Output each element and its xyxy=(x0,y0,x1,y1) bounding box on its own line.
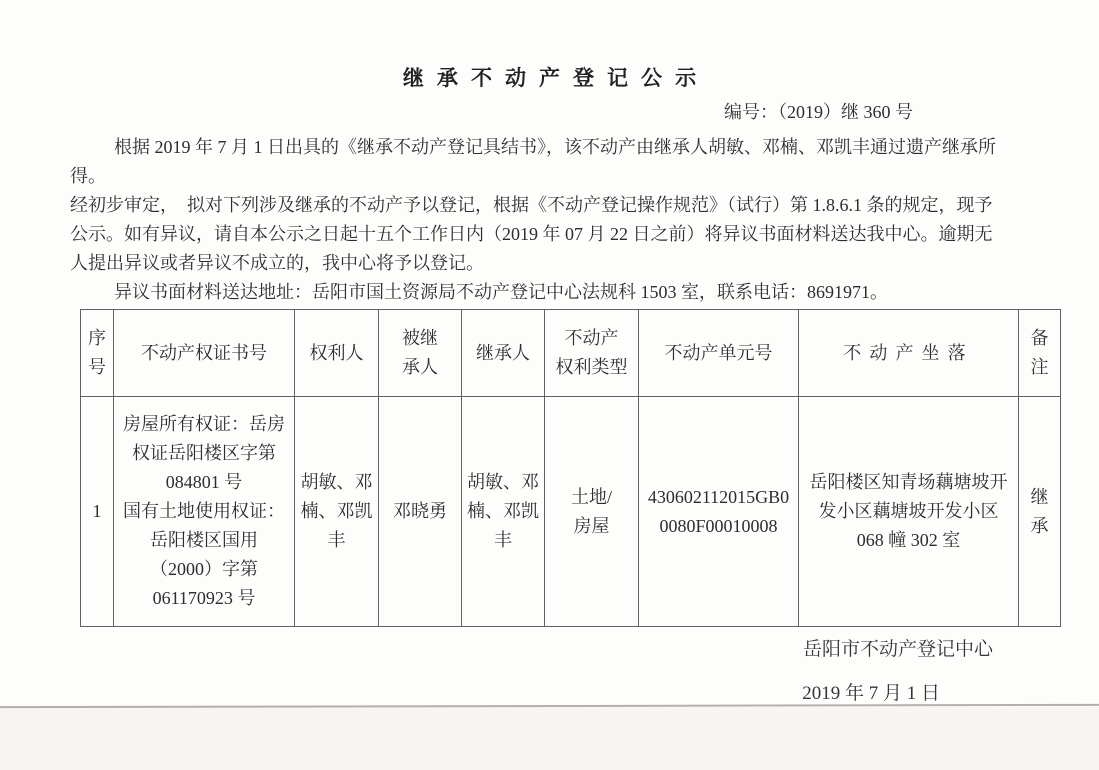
issue-date: 2019 年 7 月 1 日 xyxy=(0,682,1099,706)
issuer-org: 岳阳市不动产登记中心 xyxy=(0,638,1099,662)
scanned-document-page: 继承不动产登记公示 编号：（2019）继 360 号 根据 2019 年 7 月… xyxy=(0,0,1099,770)
col-header-cert-no: 不动产权证书号 xyxy=(114,310,295,397)
col-header-remark: 备 注 xyxy=(1019,310,1061,397)
col-header-location: 不动产坐落 xyxy=(799,310,1019,397)
notice-line: 得。 xyxy=(70,162,1039,191)
col-header-right-holder: 权利人 xyxy=(295,310,379,397)
document-title: 继承不动产登记公示 xyxy=(0,0,1099,92)
notice-line: 异议书面材料送达地址：岳阳市国土资源局不动产登记中心法规科 1503 室，联系电… xyxy=(70,278,1039,307)
table-header-row: 序 号 不动产权证书号 权利人 被继 承人 继承人 不动产 权利类型 不动产单元… xyxy=(81,310,1061,397)
cell-remark: 继 承 xyxy=(1019,397,1061,627)
col-header-unit-no: 不动产单元号 xyxy=(639,310,799,397)
notice-body: 根据 2019 年 7 月 1 日出具的《继承不动产登记具结书》，该不动产由继承… xyxy=(0,133,1099,307)
scan-background-strip xyxy=(0,707,1099,770)
cell-right-type: 土地/ 房屋 xyxy=(545,397,639,627)
cell-right-holder: 胡敏、邓 楠、邓凯 丰 xyxy=(295,397,379,627)
notice-line: 人提出异议或者异议不成立的，我中心将予以登记。 xyxy=(70,249,1039,278)
cell-location: 岳阳楼区知青场藕塘坡开 发小区藕塘坡开发小区 068 幢 302 室 xyxy=(799,397,1019,627)
cell-seq: 1 xyxy=(81,397,114,627)
col-header-seq: 序 号 xyxy=(81,310,114,397)
cell-unit-no: 430602112015GB0 0080F00010008 xyxy=(639,397,799,627)
col-header-decedent: 被继 承人 xyxy=(379,310,462,397)
table-row: 1 房屋所有权证：岳房 权证岳阳楼区字第 084801 号 国有土地使用权证： … xyxy=(81,397,1061,627)
notice-line: 根据 2019 年 7 月 1 日出具的《继承不动产登记具结书》，该不动产由继承… xyxy=(70,133,1039,162)
col-header-right-type: 不动产 权利类型 xyxy=(545,310,639,397)
cell-heirs: 胡敏、邓 楠、邓凯 丰 xyxy=(462,397,545,627)
notice-line: 公示。如有异议，请自本公示之日起十五个工作日内（2019 年 07 月 22 日… xyxy=(70,220,1039,249)
notice-line: 经初步审定， 拟对下列涉及继承的不动产予以登记，根据《不动产登记操作规范》（试行… xyxy=(70,191,1039,220)
document-number: 编号：（2019）继 360 号 xyxy=(0,100,1099,124)
col-header-heirs: 继承人 xyxy=(462,310,545,397)
cell-decedent: 邓晓勇 xyxy=(379,397,462,627)
property-table: 序 号 不动产权证书号 权利人 被继 承人 继承人 不动产 权利类型 不动产单元… xyxy=(80,309,1061,627)
cell-cert-no: 房屋所有权证：岳房 权证岳阳楼区字第 084801 号 国有土地使用权证： 岳阳… xyxy=(114,397,295,627)
